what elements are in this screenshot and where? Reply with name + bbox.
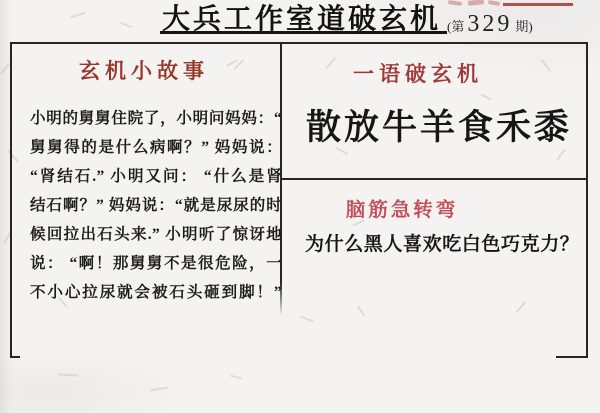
scan-noise-mark [58,373,78,376]
story-panel: 玄机小故事 小明的舅舅住院了，小明问妈妈：“ 舅舅得的是什么病啊？” 妈妈说： … [12,44,280,358]
story-text: 小明的舅舅住院了，小明问妈妈：“ 舅舅得的是什么病啊？” 妈妈说： “肾结石.”… [30,104,282,307]
story-line: 结石啊？” 妈妈说：“就是尿尿的时 [30,191,282,220]
scan-noise-mark [0,63,10,75]
scan-noise-mark [120,22,132,28]
scan-noise-mark [230,375,242,380]
issue-prefix: (第 [447,16,464,35]
issue-label: (第 329 期) [447,11,533,38]
story-line: “肾结石.” 小明又问： “什么是肾 [30,162,282,191]
cropped-red-text-fragment [468,0,484,6]
story-line: 说： “啊！那舅舅不是很危险，一 [30,249,282,278]
title-underline [160,31,447,34]
scan-noise-mark [70,12,86,19]
phrase-panel-title: 一语破玄机 [266,58,570,88]
phrase-panel: 一语破玄机 散放牛羊食禾黍 [282,44,586,178]
story-line: 候回拉出石头来.” 小明听了惊讶地 [30,220,282,249]
story-panel-title: 玄机小故事 [10,55,278,85]
issue-number: 329 [467,11,512,38]
riddle-panel-title: 脑筋急转弯 [250,194,554,222]
story-line: 舅舅得的是什么病啊？” 妈妈说： [30,133,282,162]
cropped-red-text-fragment [488,0,501,6]
riddle-question: 为什么黑人喜欢吃白色巧克力？ [305,229,579,256]
scanned-lottery-sheet: 大兵工作室道破玄机 (第 329 期) 玄机小故事 小明的舅舅住院了，小明问妈妈… [0,0,600,413]
phrase-text: 散放牛羊食禾黍 [287,100,591,150]
content-table: 玄机小故事 小明的舅舅住院了，小明问妈妈：“ 舅舅得的是什么病啊？” 妈妈说： … [10,42,588,358]
cropped-red-underline [503,3,573,6]
story-line: 小明的舅舅住院了，小明问妈妈：“ [30,104,282,133]
issue-suffix: 期) [515,16,532,35]
story-line: 不小心拉尿就会被石头砸到脚！” [30,278,282,307]
riddle-panel: 脑筋急转弯 为什么黑人喜欢吃白色巧克力？ [282,180,586,358]
scan-noise-mark [150,387,168,391]
cropped-red-text-fragment [448,0,462,6]
